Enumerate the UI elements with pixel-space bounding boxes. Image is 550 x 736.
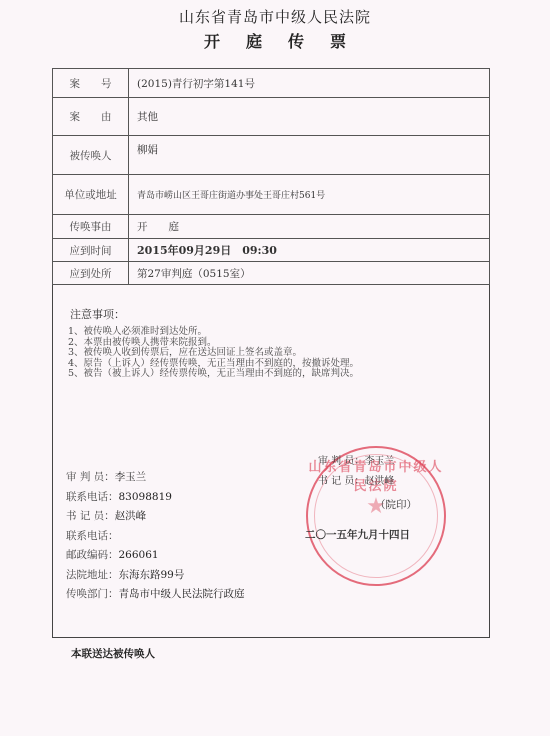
summons-info-table: 案 号 (2015)青行初字第141号 案 由 其他 被传唤人 柳娟 单位或地址… — [52, 68, 490, 285]
signature-clerk: 书 记 员：赵洪峰 — [318, 472, 394, 487]
contact-key: 联系电话： — [66, 530, 119, 542]
contact-postal-code: 邮政编码：266061 — [66, 546, 245, 566]
contact-key: 法院地址： — [66, 569, 119, 581]
value-case-number: (2015)青行初字第141号 — [129, 69, 490, 98]
document-title: 开庭传票 — [0, 29, 550, 52]
contact-judge-phone: 联系电话：83098819 — [66, 488, 245, 508]
value-appearance-time: 2015年09月29日 09:30 — [129, 239, 490, 262]
contact-key: 传唤部门： — [66, 588, 119, 600]
notes-title: 注意事项： — [70, 306, 125, 322]
court-seal-label: （院印） — [375, 497, 417, 512]
value-summoned-person: 柳娟 — [129, 136, 490, 175]
contact-value: 83098819 — [119, 491, 172, 503]
court-name: 山东省青岛市中级人民法院 — [0, 6, 550, 27]
note-item: 5、被告（被上诉人）经传票传唤，无正当理由不到庭的，缺席判决。 — [68, 369, 359, 380]
row-case-cause: 案 由 其他 — [53, 98, 490, 136]
notes-list: 1、被传唤人必须准时到达处所。 2、本票由被传唤人携带来院报到。 3、被传唤人收… — [68, 327, 359, 380]
row-address: 单位或地址 青岛市崂山区王哥庄街道办事处王哥庄村561号 — [53, 175, 490, 215]
contact-key: 审 判 员： — [66, 471, 115, 483]
value-case-cause: 其他 — [129, 98, 490, 136]
contact-key: 联系电话： — [66, 491, 119, 503]
label-case-number: 案 号 — [53, 69, 129, 98]
label-summons-reason: 传唤事由 — [53, 215, 129, 239]
contact-clerk: 书 记 员：赵洪峰 — [66, 507, 245, 527]
signature-judge: 审 判 员：李玉兰 — [318, 452, 394, 467]
row-summons-reason: 传唤事由 开 庭 — [53, 215, 490, 239]
note-item: 1、被传唤人必须准时到达处所。 — [68, 327, 359, 338]
contact-value: 266061 — [119, 549, 159, 561]
row-appearance-time: 应到时间 2015年09月29日 09:30 — [53, 239, 490, 262]
label-summoned-person: 被传唤人 — [53, 136, 129, 175]
contact-value: 李玉兰 — [115, 471, 147, 483]
contact-clerk-phone: 联系电话： — [66, 527, 245, 547]
issue-date: 二〇一五年九月十四日 — [305, 527, 410, 542]
label-appearance-place: 应到处所 — [53, 262, 129, 285]
row-appearance-place: 应到处所 第27审判庭（0515室） — [53, 262, 490, 285]
contact-key: 邮政编码： — [66, 549, 119, 561]
label-case-cause: 案 由 — [53, 98, 129, 136]
value-summons-reason: 开 庭 — [129, 215, 490, 239]
row-case-number: 案 号 (2015)青行初字第141号 — [53, 69, 490, 98]
contact-court-address: 法院地址：东海东路99号 — [66, 566, 245, 586]
label-appearance-time: 应到时间 — [53, 239, 129, 262]
contact-value: 赵洪峰 — [115, 510, 147, 522]
contact-department: 传唤部门：青岛市中级人民法院行政庭 — [66, 585, 245, 605]
contact-judge: 审 判 员：李玉兰 — [66, 468, 245, 488]
contact-info: 审 判 员：李玉兰 联系电话：83098819 书 记 员：赵洪峰 联系电话： … — [66, 468, 245, 605]
contact-value: 青岛市中级人民法院行政庭 — [119, 588, 245, 600]
court-seal-stamp: 山东省青岛市中级人民法院 ★ — [306, 446, 446, 586]
contact-key: 书 记 员： — [66, 510, 115, 522]
contact-value: 东海东路99号 — [119, 569, 185, 581]
label-address: 单位或地址 — [53, 175, 129, 215]
value-address: 青岛市崂山区王哥庄街道办事处王哥庄村561号 — [129, 175, 490, 215]
footer-note: 本联送达被传唤人 — [71, 646, 155, 661]
value-appearance-place: 第27审判庭（0515室） — [129, 262, 490, 285]
note-item: 3、被传唤人收到传票后，应在送达回证上签名或盖章。 — [68, 348, 359, 359]
row-summoned-person: 被传唤人 柳娟 — [53, 136, 490, 175]
